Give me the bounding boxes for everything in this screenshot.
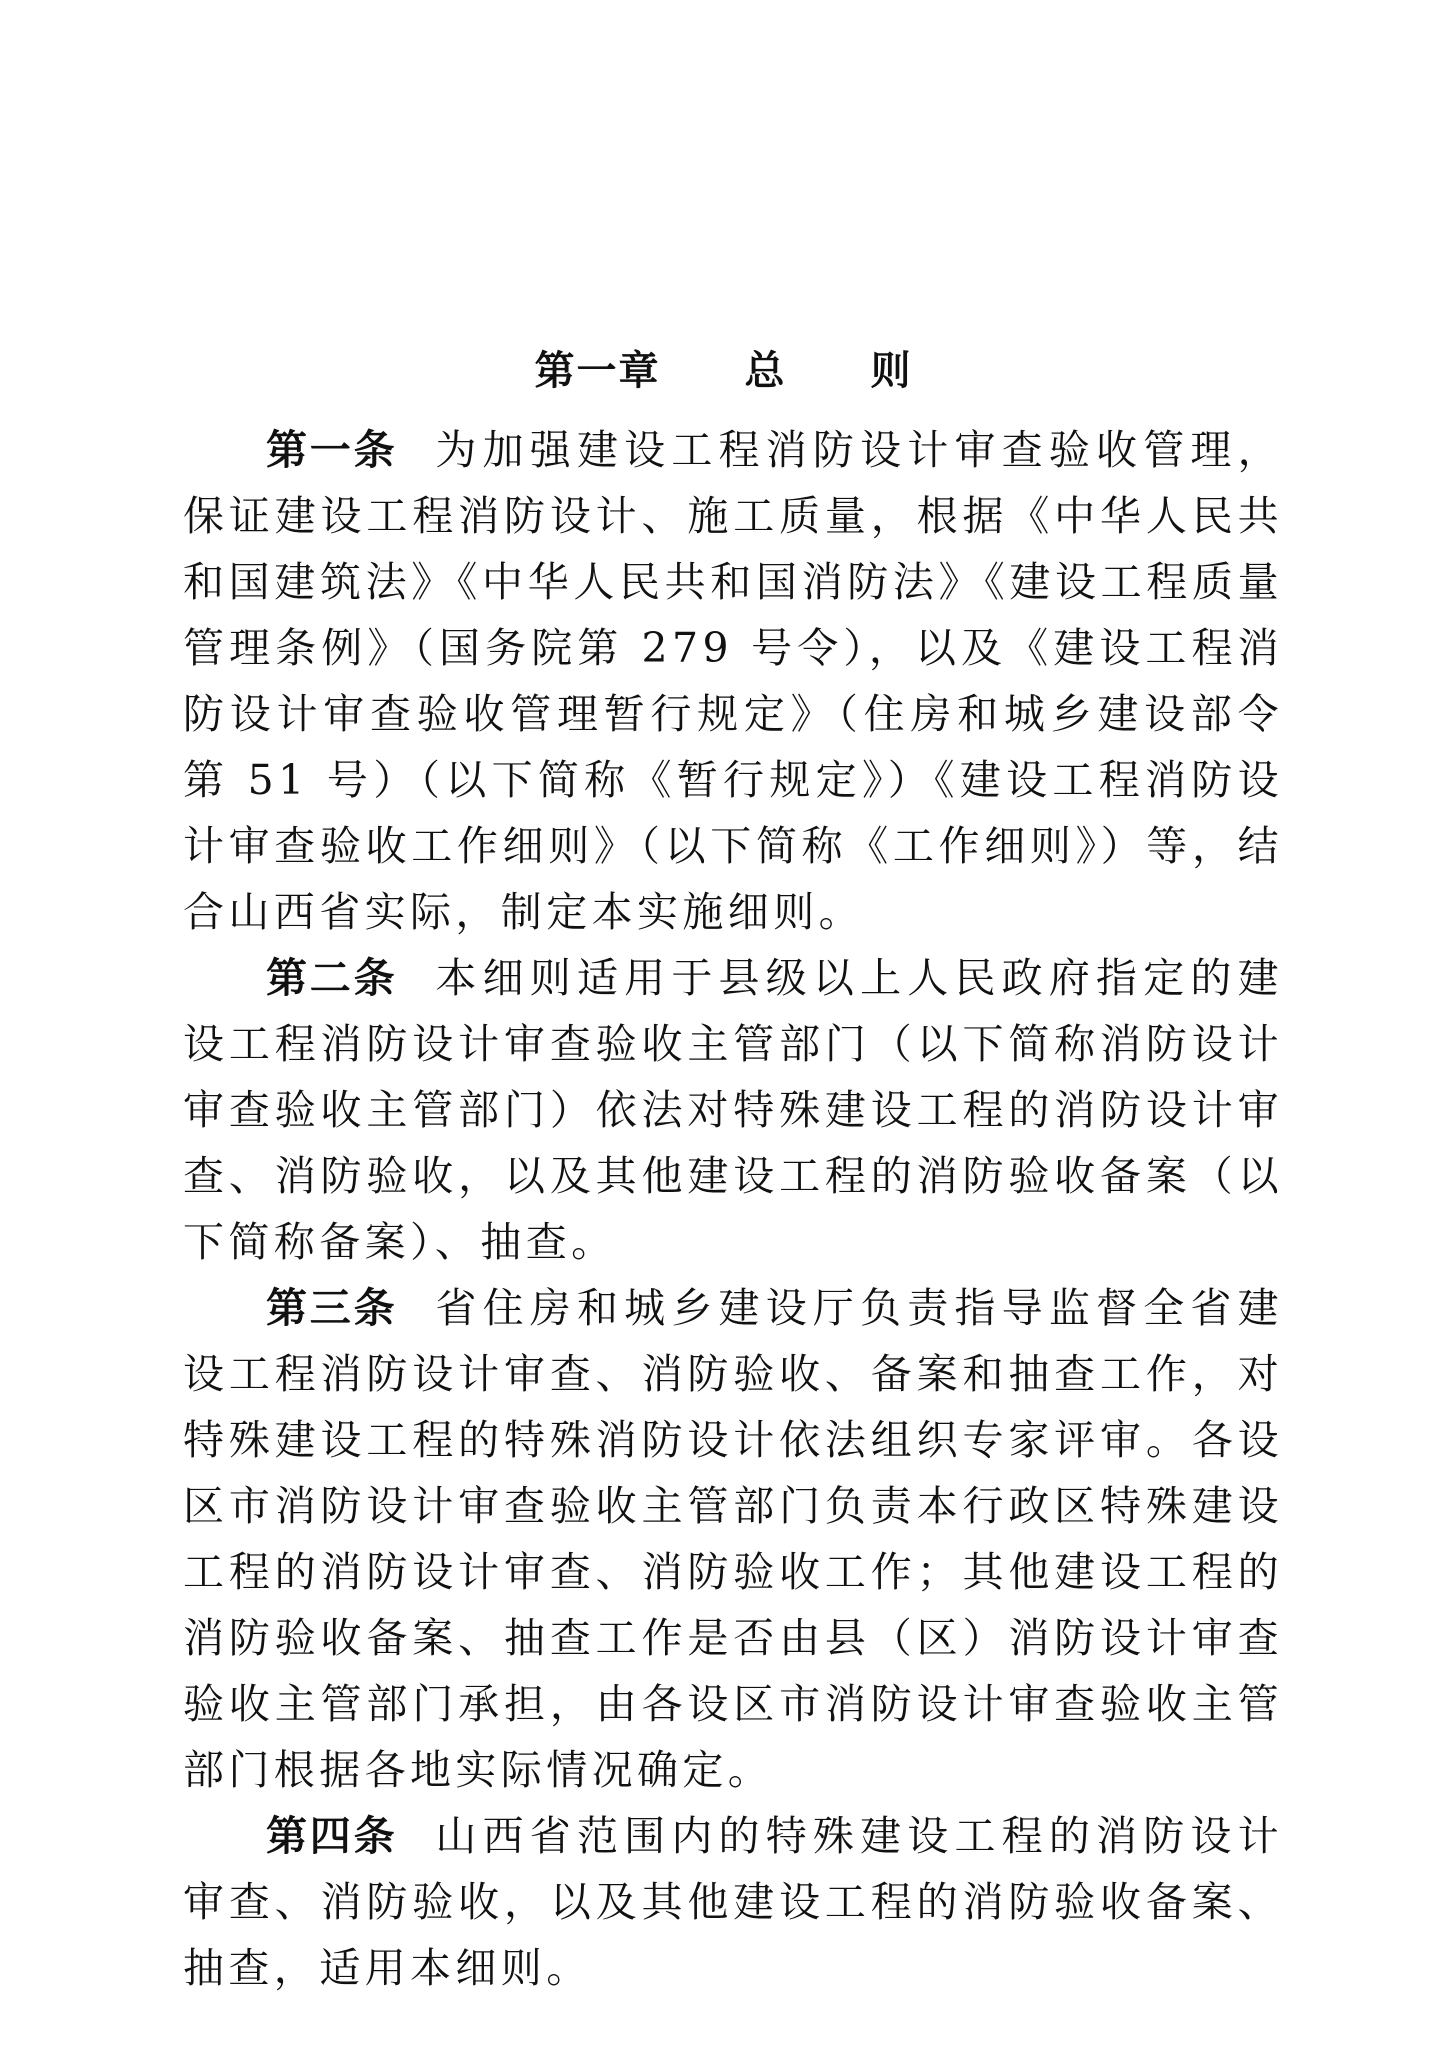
- article-text: 为加强建设工程消防设计审查验收管理，保证建设工程消防设计、施工质量，根据《中华人…: [183, 426, 1283, 936]
- article-number: 第三条: [266, 1284, 397, 1332]
- article-2: 第二条本细则适用于县级以上人民政府指定的建设工程消防设计审查验收主管部门（以下简…: [183, 945, 1283, 1275]
- document-page: 第一章 总 则 第一条为加强建设工程消防设计审查验收管理，保证建设工程消防设计、…: [0, 0, 1447, 2048]
- article-text: 省住房和城乡建设厅负责指导监督全省建设工程消防设计审查、消防验收、备案和抽查工作…: [183, 1284, 1283, 1794]
- article-number: 第四条: [266, 1812, 397, 1860]
- article-3: 第三条省住房和城乡建设厅负责指导监督全省建设工程消防设计审查、消防验收、备案和抽…: [183, 1275, 1283, 1803]
- article-number: 第一条: [266, 426, 397, 474]
- article-4: 第四条山西省范围内的特殊建设工程的消防设计审查、消防验收，以及其他建设工程的消防…: [183, 1803, 1283, 2001]
- document-body: 第一条为加强建设工程消防设计审查验收管理，保证建设工程消防设计、施工质量，根据《…: [183, 417, 1283, 2001]
- article-number: 第二条: [266, 954, 397, 1002]
- chapter-title: 第一章 总 则: [0, 343, 1447, 399]
- article-1: 第一条为加强建设工程消防设计审查验收管理，保证建设工程消防设计、施工质量，根据《…: [183, 417, 1283, 945]
